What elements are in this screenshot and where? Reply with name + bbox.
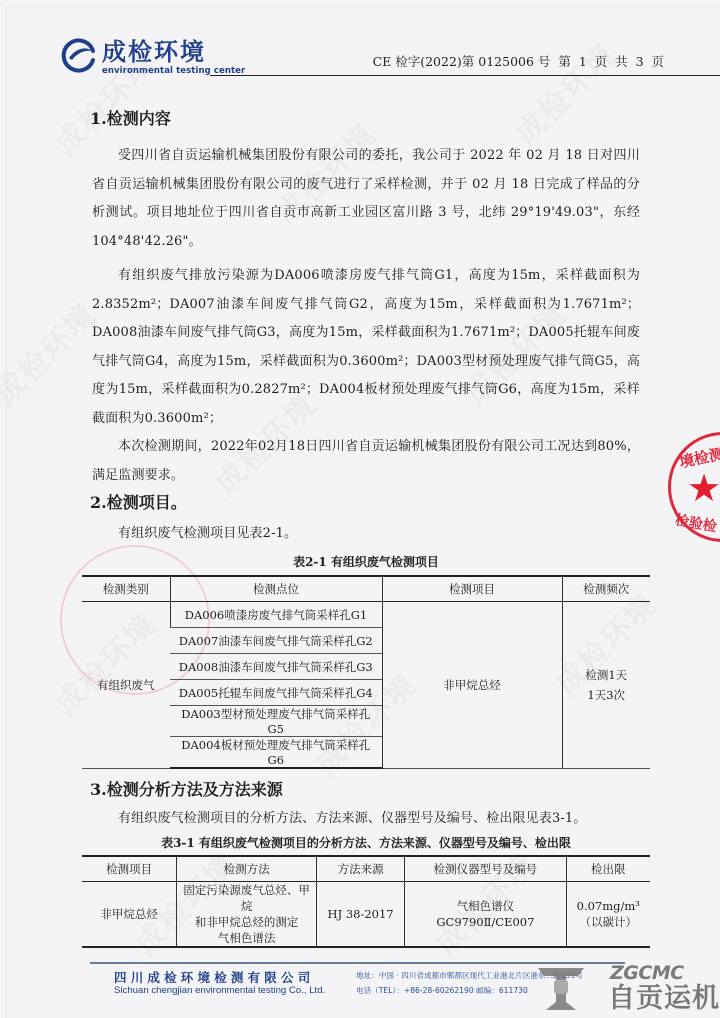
table-header: 检测类别 <box>82 576 170 602</box>
frequency-cell: 检测1天 1天3次 <box>562 602 650 769</box>
report-page: 成检环境 成检环境 成检环境 成检环境 成检环境 成检环境 成检环境 成检环境 … <box>0 0 720 1018</box>
table-row: 有组织废气 DA006喷漆房废气排气筒采样孔G1 非甲烷总烃 检测1天 1天3次 <box>82 602 650 628</box>
location-cell: DA003型材预处理废气排气筒采样孔G5 <box>170 706 382 737</box>
table-header: 检测方法 <box>177 856 317 882</box>
item-cell: 非甲烷总烃 <box>82 882 177 948</box>
source-cell: HJ 38-2017 <box>317 882 405 948</box>
table-3-1: 检测项目 检测方法 方法来源 检测仪器型号及编号 检出限 非甲烷总烃 固定污染源… <box>82 855 650 949</box>
table-header: 检测项目 <box>82 856 177 882</box>
page-header: 成检环境 environmental testing center CE 检字(… <box>60 38 660 82</box>
table-header: 检测频次 <box>562 576 650 602</box>
header-divider <box>210 75 720 76</box>
frequency-line-2: 1天3次 <box>567 685 647 705</box>
section-2-intro: 有组织废气检测项目见表2-1。 <box>92 520 640 549</box>
logo-title: 成检环境 <box>102 38 245 66</box>
report-number: CE 检字(2022)第 0125006 号 第 1 页 共 3 页 <box>373 52 664 70</box>
star-icon: ★ <box>687 469 720 507</box>
location-cell: DA005托辊车间废气排气筒采样孔G4 <box>170 680 382 706</box>
footer-phone: 电话（TEL）：+86-28-60262190 邮编：611730 <box>356 985 528 996</box>
table-3-1-caption: 表3-1 有组织废气检测项目的分析方法、方法来源、仪器型号及编号、检出限 <box>92 834 640 852</box>
location-cell: DA008油漆车间废气排气筒采样孔G3 <box>170 654 382 680</box>
method-cell: 固定污染源废气总烃、甲烷 和非甲烷总烃的测定 气相色谱法 <box>177 882 317 948</box>
official-stamp: 境检测 ★ 检验检 <box>668 432 720 542</box>
brand-name-en: ZGCMC <box>610 962 684 984</box>
section-1-sources: 有组织废气排放污染源为DA006喷漆房废气排气筒G1，高度为15m，采样截面积为… <box>92 262 640 433</box>
location-cell: DA006喷漆房废气排气筒采样孔G1 <box>170 602 382 628</box>
section-1-title: 1.检测内容 <box>90 108 640 130</box>
logo-e-icon <box>60 38 98 74</box>
location-cell: DA004板材预处理废气排气筒采样孔G6 <box>170 737 382 769</box>
method-line: 和非甲烷总烃的测定 <box>181 914 312 930</box>
table-header: 检测点位 <box>170 576 382 602</box>
table-2-1-caption: 表2-1 有组织废气检测项目 <box>92 553 640 571</box>
limit-cell: 0.07mg/m³ （以碳计） <box>566 882 650 948</box>
brand-watermark: ZGCMC 自贡运机 <box>590 962 720 1018</box>
section-1-intro: 受四川省自贡运输机械集团股份有限公司的委托，我公司于 2022 年 02 月 1… <box>92 142 640 256</box>
brand-badge-icon <box>536 962 586 1014</box>
frequency-line-1: 检测1天 <box>567 665 647 685</box>
instrument-line: 气相色谱仪 <box>409 898 561 914</box>
table-2-1: 检测类别 检测点位 检测项目 检测频次 有组织废气 DA006喷漆房废气排气筒采… <box>82 575 650 770</box>
section-2-title: 2.检测项目。 <box>90 492 640 514</box>
section-3-intro: 有组织废气检测项目的分析方法、方法来源、仪器型号及编号、检出限见表3-1。 <box>92 805 640 834</box>
brand-name-cn: 自贡运机 <box>608 982 720 1016</box>
section-1-conditions: 本次检测期间，2022年02月18日四川省自贡运输机械集团股份有限公司工况达到8… <box>92 433 640 490</box>
table-header: 检出限 <box>566 856 650 882</box>
watermark: 成检环境 <box>0 291 105 413</box>
location-cell: DA007油漆车间废气排气筒采样孔G2 <box>170 628 382 654</box>
item-cell: 非甲烷总烃 <box>382 602 562 769</box>
footer-company-cn: 四川成检环境检测有限公司 <box>114 968 314 986</box>
table-header: 检测仪器型号及编号 <box>405 856 566 882</box>
footer-company-en: Sichuan chengjian environmental testing … <box>114 985 325 996</box>
report-body: 1.检测内容 受四川省自贡运输机械集团股份有限公司的委托，我公司于 2022 年… <box>92 108 640 948</box>
stamp-text-bottom: 检验检 <box>674 510 719 537</box>
table-header: 检测项目 <box>382 576 562 602</box>
limit-line: （以碳计） <box>571 914 646 930</box>
section-3-title: 3.检测分析方法及方法来源 <box>90 779 640 801</box>
limit-line: 0.07mg/m³ <box>571 898 646 914</box>
table-header: 方法来源 <box>317 856 405 882</box>
instrument-cell: 气相色谱仪 GC9790Ⅱ/CE007 <box>405 882 566 948</box>
table-row: 非甲烷总烃 固定污染源废气总烃、甲烷 和非甲烷总烃的测定 气相色谱法 HJ 38… <box>82 882 650 948</box>
category-cell: 有组织废气 <box>82 602 170 769</box>
instrument-line: GC9790Ⅱ/CE007 <box>409 914 561 930</box>
method-line: 固定污染源废气总烃、甲烷 <box>181 882 312 914</box>
method-line: 气相色谱法 <box>181 930 312 946</box>
